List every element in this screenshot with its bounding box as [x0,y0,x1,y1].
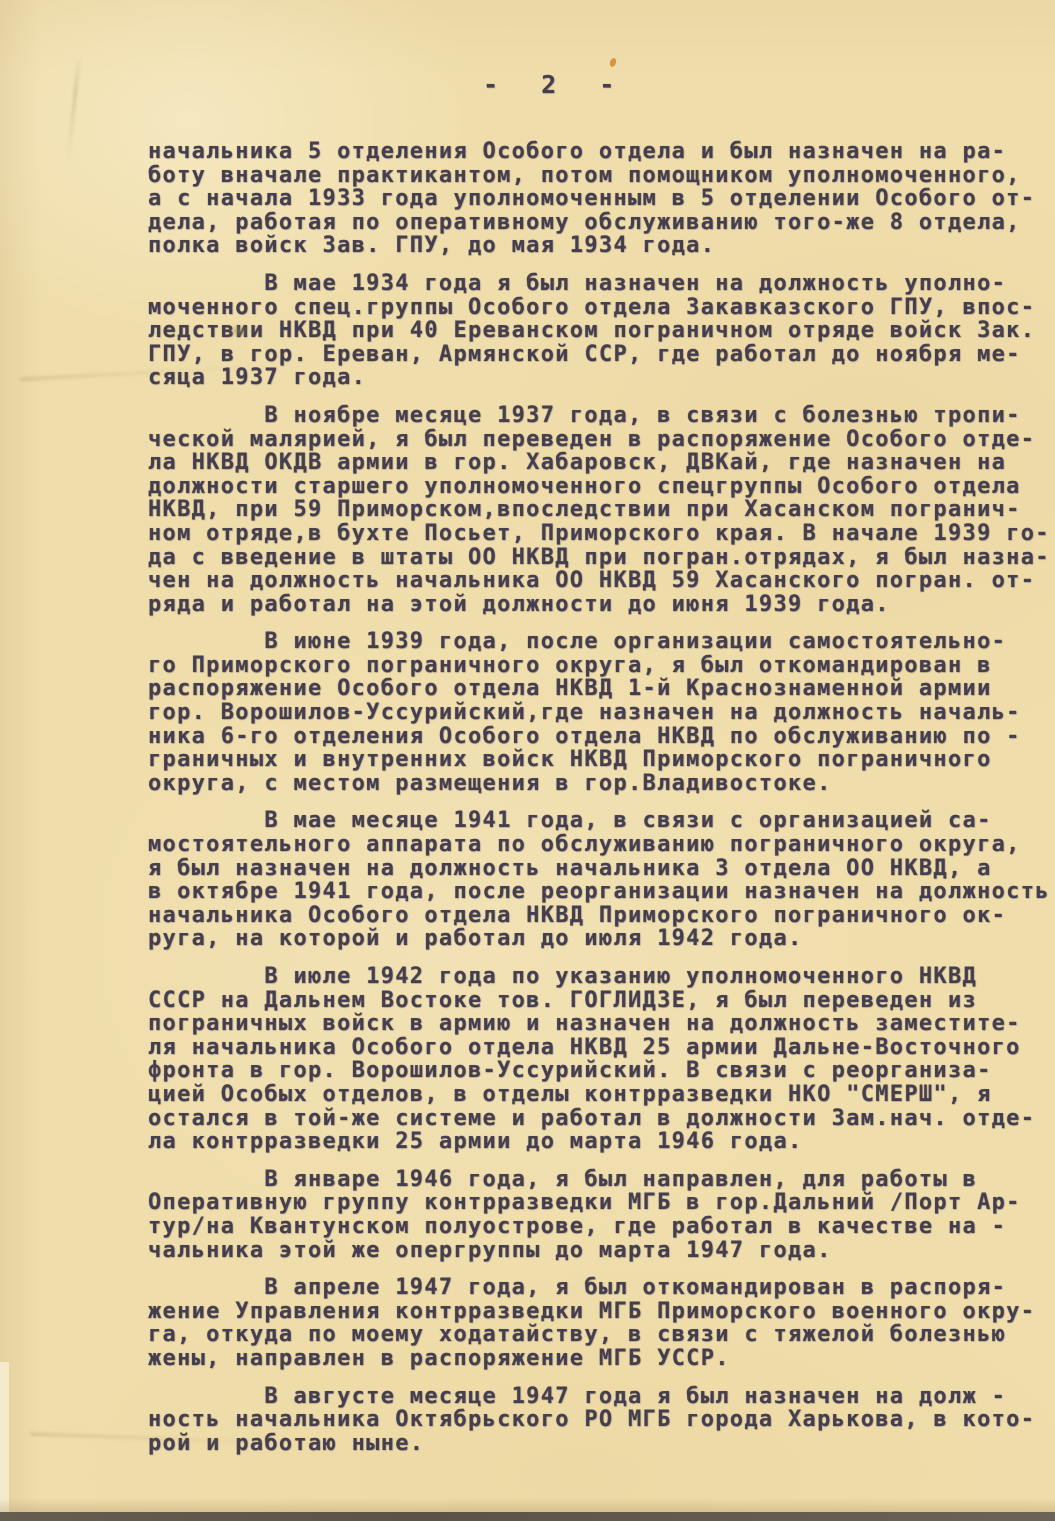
scan-edge-sliver [0,1362,9,1512]
paragraph-7-january-1946: В январе 1946 года, я был направлен, для… [148,1168,1055,1262]
paragraph-4-june-1939: В июне 1939 года, после организации само… [148,630,1055,795]
paper-crease-top-left [66,55,80,165]
paragraph-9-august-1947: В августе месяце 1947 года я был назначе… [148,1385,1055,1456]
paragraph-6-july-1942: В июле 1942 года по указанию уполномочен… [148,965,1055,1154]
page-number: - 2 - [483,70,628,99]
typewritten-text-block: начальника 5 отделения Особого отдела и … [148,140,1055,1469]
paragraph-3-november-1937: В ноябре месяце 1937 года, в связи с бол… [148,404,1055,616]
paragraph-5-may-1941: В мае месяце 1941 года, в связи с органи… [148,809,1055,951]
paragraph-8-april-1947: В апреле 1947 года, я был откомандирован… [148,1276,1055,1370]
paper-speck-orange [609,57,618,68]
scan-bottom-edge [0,1512,1055,1521]
document-page: - 2 - начальника 5 отделения Особого отд… [0,0,1055,1521]
paper-smudge [232,327,246,335]
paragraph-1-service-5th-section: начальника 5 отделения Особого отдела и … [148,140,1055,258]
paper-bottom-shade [0,1498,1055,1512]
paragraph-2-may-1934: В мае 1934 года я был назначен на должно… [148,272,1055,390]
